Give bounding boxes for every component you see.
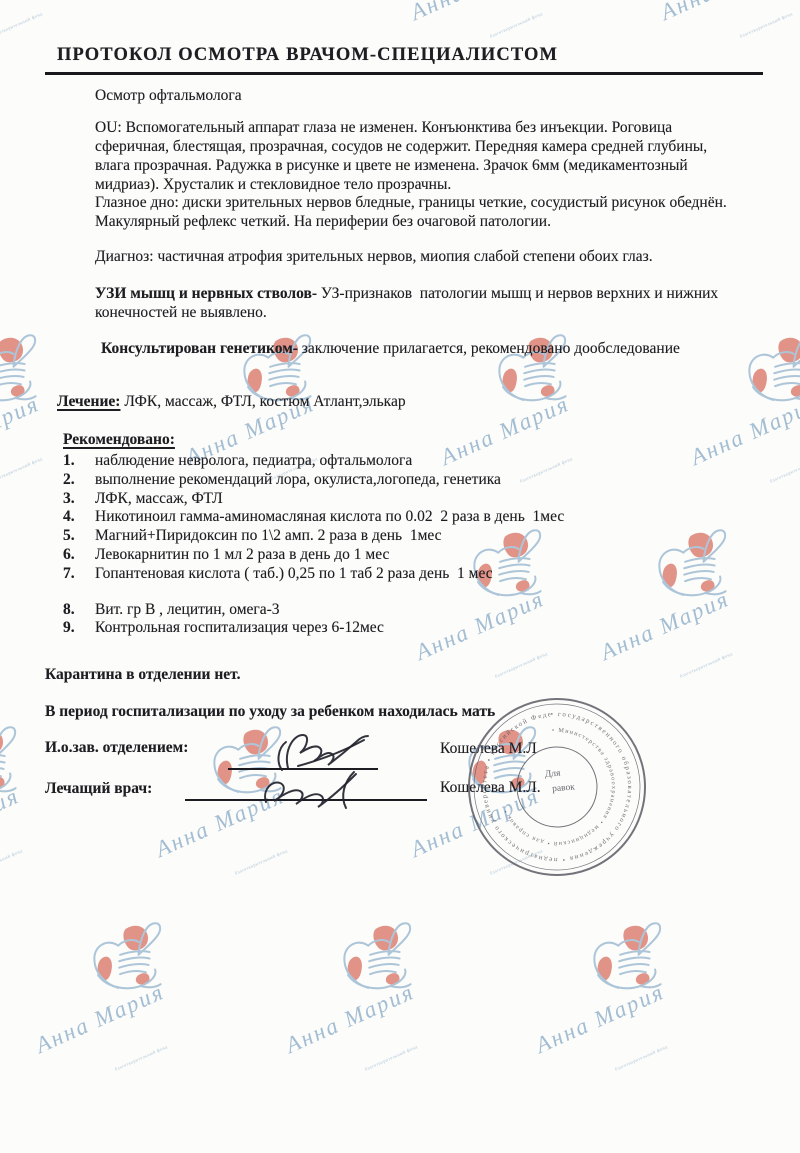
anna-maria-logo-icon [0, 722, 34, 814]
handwritten-signatures [170, 722, 490, 817]
watermark-brand-text: Анна Мария [0, 783, 23, 863]
watermark-brand-text: Анна Мария [0, 0, 43, 26]
uzi-line-bold: УЗИ мышц и нервных стволов- [95, 285, 317, 302]
treatment-text: ЛФК, массаж, ФТЛ, костюм Атлант,элькар [120, 393, 405, 410]
watermark-sub-text: благотворительный фонд [494, 651, 548, 679]
item-text: Гопантеновая кислота ( таб.) 0,25 по 1 т… [95, 565, 493, 582]
recommendation-item: 8.Вит. гр В , лецитин, омега-3 [63, 601, 763, 620]
watermark-brand-text: Анна Мария [407, 0, 544, 26]
watermark-tile: Анна Марияблаготворительный фонд [660, 0, 800, 80]
recommendation-item: 9.Контрольная госпитализация через 6-12м… [63, 619, 763, 638]
uzi-line: УЗИ мышц и нервных стволов- УЗ-признаков… [95, 284, 785, 322]
anna-maria-logo-icon [87, 918, 179, 1010]
fundus-paragraph: Глазное дно: диски зрительных нервов бле… [95, 193, 785, 231]
ou-paragraph: OU: Вспомогательный аппарат глаза не изм… [95, 118, 785, 194]
recommendations-list: 1.наблюдение невролога, педиатра, офталь… [63, 452, 763, 638]
anna-maria-logo-icon [587, 918, 679, 1010]
watermark-sub-text: благотворительный фонд [739, 11, 793, 39]
stamp-center-text: Для [544, 769, 561, 780]
watermark-tile: Анна Марияблаготворительный фонд [410, 0, 625, 80]
watermark-brand-text: Анна Мария [0, 391, 43, 471]
watermark-sub-text: благотворительный фонд [0, 456, 43, 484]
signature-1-label: И.о.зав. отделением: [45, 738, 188, 757]
recommendation-item: 1.наблюдение невролога, педиатра, офталь… [63, 452, 763, 471]
anna-maria-logo-icon [0, 330, 54, 422]
stamp-center-text: равок [552, 782, 576, 794]
care-line: В период госпитализации по уходу за ребе… [45, 702, 495, 721]
item-number: 8. [63, 601, 95, 620]
item-number: 5. [63, 527, 95, 546]
item-text: наблюдение невролога, педиатра, офтальмо… [95, 452, 412, 469]
watermark-sub-text: благотворительный фонд [614, 1044, 668, 1072]
watermark-sub-text: благотворительный фонд [679, 651, 733, 679]
page-title: ПРОТОКОЛ ОСМОТРА ВРАЧОМ-СПЕЦИАЛИСТОМ [57, 45, 558, 66]
signature-2-label: Лечащий врач: [45, 779, 152, 798]
item-text: ЛФК, массаж, ФТЛ [95, 490, 223, 507]
watermark-brand-text: Анна Мария [532, 979, 669, 1059]
genetic-line-rest: заключение прилагается, рекомендовано до… [298, 340, 680, 357]
item-number: 3. [63, 490, 95, 509]
item-number: 4. [63, 508, 95, 527]
watermark-sub-text: благотворительный фонд [364, 1044, 418, 1072]
recommendation-item: 2.выполнение рекомендаций лора, окулиста… [63, 471, 763, 490]
watermark-sub-text: благотворительный фонд [114, 1044, 168, 1072]
item-text: Контрольная госпитализация через 6-12мес [95, 619, 384, 636]
watermark-tile: Анна Марияблаготворительный фонд [0, 0, 125, 80]
item-number: 1. [63, 452, 95, 471]
watermark-brand-text: Анна Мария [282, 979, 419, 1059]
anna-maria-logo-icon [337, 918, 429, 1010]
diagnosis-line: Диагноз: частичная атрофия зрительных не… [95, 247, 785, 266]
recommendations-heading: Рекомендовано: [63, 430, 175, 449]
item-text: Магний+Пиридоксин по 1\2 амп. 2 раза в д… [95, 527, 442, 544]
treatment-label: Лечение: [57, 393, 120, 410]
watermark-sub-text: благотворительный фонд [769, 456, 800, 484]
item-number: 9. [63, 619, 95, 638]
watermark-tile: Анна Марияблаготворительный фонд [535, 918, 750, 1113]
scanned-document-page: Анна Марияблаготворительный фондАнна Мар… [0, 0, 800, 1153]
item-text: Вит. гр В , лецитин, омега-3 [95, 601, 280, 618]
recommendation-item: 4.Никотиноил гамма-аминомасляная кислота… [63, 508, 763, 527]
watermark-brand-text: Анна Мария [657, 0, 794, 26]
watermark-sub-text: благотворительный фонд [234, 848, 288, 876]
signature-2-scribble [265, 772, 356, 808]
watermark-tile: Анна Марияблаготворительный фонд [285, 918, 500, 1113]
quarantine-line: Карантина в отделении нет. [45, 665, 240, 684]
item-text: выполнение рекомендаций лора, окулиста,л… [95, 471, 501, 488]
watermark-sub-text: благотворительный фонд [489, 11, 543, 39]
recommendation-item: 5.Магний+Пиридоксин по 1\2 амп. 2 раза в… [63, 527, 763, 546]
watermark-tile: Анна Марияблаготворительный фонд [35, 918, 250, 1113]
signature-1-scribble [279, 735, 368, 770]
round-stamp: • государственного образовательного учре… [454, 684, 660, 890]
recommendation-item: 6.Левокарнитин по 1 мл 2 раза в день до … [63, 546, 763, 565]
item-number: 6. [63, 546, 95, 565]
recommendation-item: 7.Гопантеновая кислота ( таб.) 0,25 по 1… [63, 565, 763, 584]
recommendation-item: 3.ЛФК, массаж, ФТЛ [63, 490, 763, 509]
watermark-sub-text: благотворительный фонд [0, 11, 43, 39]
watermark-brand-text: Анна Мария [32, 979, 169, 1059]
genetic-line-bold: Консультирован генетиком- [101, 340, 298, 357]
item-text: Никотиноил гамма-аминомасляная кислота п… [95, 508, 564, 525]
title-rule [45, 72, 763, 75]
genetic-line: Консультирован генетиком- заключение при… [101, 339, 791, 358]
treatment-line: Лечение: ЛФК, массаж, ФТЛ, костюм Атлант… [57, 392, 757, 411]
item-text: Левокарнитин по 1 мл 2 раза в день до 1 … [95, 546, 389, 563]
section-subtitle: Осмотр офтальмолога [95, 86, 242, 105]
item-number: 2. [63, 471, 95, 490]
watermark-sub-text: благотворительный фонд [0, 848, 23, 876]
item-number: 7. [63, 565, 95, 584]
